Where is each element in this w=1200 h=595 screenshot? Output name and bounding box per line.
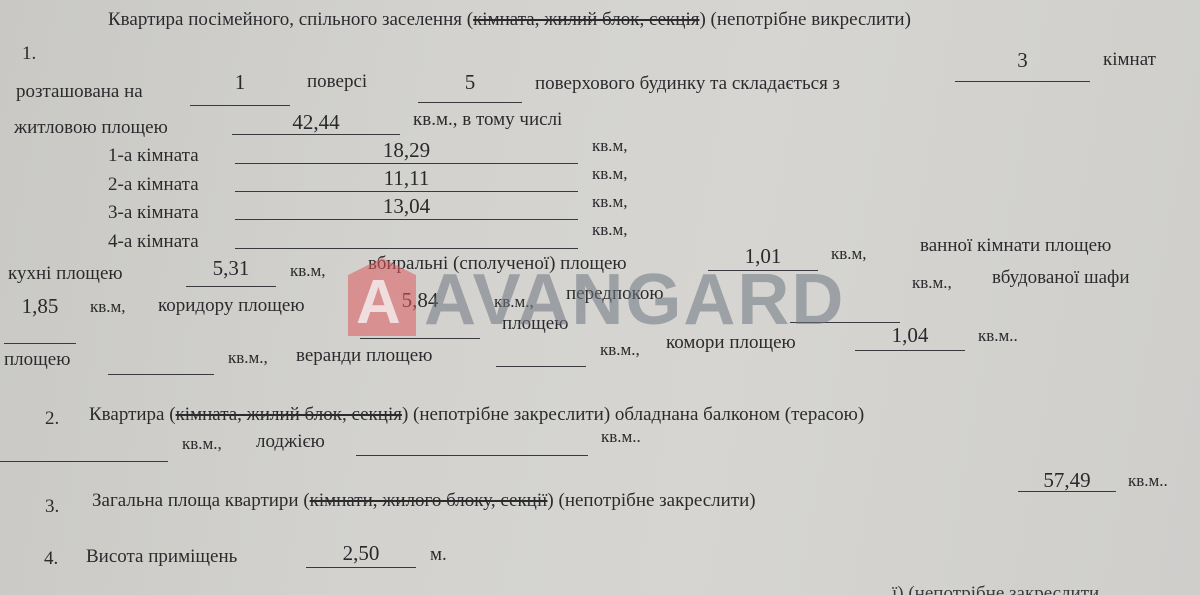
room-4-line xyxy=(235,248,578,249)
room-1-value[interactable]: 18,29 xyxy=(235,140,578,161)
section-2-number: 2. xyxy=(45,409,59,428)
room-2-line xyxy=(235,191,578,192)
room-3-label: 3-а кімната xyxy=(108,203,199,222)
veranda-area-line xyxy=(496,366,586,367)
section-1-title: Квартира посімейного, спільного заселенн… xyxy=(108,10,911,29)
bathroom-area-value[interactable]: 1,85 xyxy=(10,296,70,317)
storage-area-value[interactable]: 1,04 xyxy=(855,325,965,346)
located-on-label: розташована на xyxy=(16,82,143,101)
section-4-number: 4. xyxy=(44,549,58,568)
section-3-instruction: ) (непотрібне закреслити) xyxy=(547,490,755,511)
veranda-label: веранди площею xyxy=(296,346,432,365)
living-area-value[interactable]: 42,44 xyxy=(232,112,400,133)
wardrobe-area-label: площею xyxy=(4,350,70,369)
height-label: Висота приміщень xyxy=(86,547,237,566)
room-2-value[interactable]: 11,11 xyxy=(235,168,578,189)
section-2-struck-options: кімната, жилий блок, секція xyxy=(176,404,402,425)
toilet-label: вбиральні (сполученої) площею xyxy=(368,254,627,273)
section-1-struck-options: кімната, жилий блок, секція xyxy=(473,9,699,30)
floor-field-line xyxy=(190,105,290,106)
section-2-instruction: ) (непотрібне закреслити) обладнана балк… xyxy=(402,404,864,425)
balcony-area-line xyxy=(0,461,168,462)
section-1-instruction: ) (непотрібне викреслити) xyxy=(699,9,910,30)
rooms-field-line xyxy=(955,81,1090,82)
building-label: поверхового будинку та складається з xyxy=(535,74,840,93)
rooms-label: кімнат xyxy=(1103,50,1156,69)
veranda-unit: кв.м., xyxy=(600,341,640,358)
section-2-title-text: Квартира ( xyxy=(89,404,176,425)
loggia-area-line xyxy=(356,455,588,456)
storeys-field-line xyxy=(418,102,522,103)
section-3-struck-options: кімнати, жилого блоку, секції xyxy=(310,490,548,511)
kitchen-unit: кв.м, xyxy=(290,262,326,279)
room-2-label: 2-а кімната xyxy=(108,175,199,194)
floor-label: поверсі xyxy=(307,72,367,91)
section-3-title: Загальна площа квартири (кімнати, жилого… xyxy=(92,491,756,510)
kitchen-area-value[interactable]: 5,31 xyxy=(186,258,276,279)
corridor-unit: кв.м., xyxy=(494,293,534,310)
height-value[interactable]: 2,50 xyxy=(306,543,416,564)
hall-unit: кв.м., xyxy=(912,274,952,291)
hall-area-label: площею xyxy=(502,314,568,333)
section-1-number: 1. xyxy=(22,44,36,63)
height-line xyxy=(306,567,416,568)
room-1-unit: кв.м, xyxy=(592,137,628,154)
storage-area-line xyxy=(855,350,965,351)
total-area-unit: кв.м.. xyxy=(1128,472,1168,489)
section-1-title-text: Квартира посімейного, спільного заселенн… xyxy=(108,9,473,30)
bathroom-unit: кв.м, xyxy=(90,298,126,315)
living-area-label: житловою площею xyxy=(14,118,168,137)
section-2-title: Квартира (кімната, жилий блок, секція) (… xyxy=(89,405,864,424)
toilet-unit: кв.м, xyxy=(831,245,867,262)
storeys-value[interactable]: 5 xyxy=(418,72,522,93)
loggia-unit: кв.м.. xyxy=(601,428,641,445)
room-1-label: 1-а кімната xyxy=(108,146,199,165)
balcony-unit: кв.м., xyxy=(182,435,222,452)
corridor-hall-line xyxy=(360,338,480,339)
hall-area-line xyxy=(790,322,900,323)
including-label: кв.м., в тому числі xyxy=(413,110,562,129)
wardrobe-label: вбудованої шафи xyxy=(992,268,1130,287)
total-area-value[interactable]: 57,49 xyxy=(1018,470,1116,491)
room-3-value[interactable]: 13,04 xyxy=(235,196,578,217)
total-area-line xyxy=(1018,491,1116,492)
wardrobe-field-line xyxy=(108,374,214,375)
section-3-number: 3. xyxy=(45,497,59,516)
section-3-title-text: Загальна площа квартири ( xyxy=(92,490,310,511)
loggia-label: лоджією xyxy=(256,432,325,451)
rooms-value[interactable]: 3 xyxy=(955,50,1090,71)
room-4-unit: кв.м, xyxy=(592,221,628,238)
kitchen-area-line xyxy=(186,286,276,287)
room-1-line xyxy=(235,163,578,164)
room-2-unit: кв.м, xyxy=(592,165,628,182)
partial-bottom-text: ї) (непотрібне закреслити xyxy=(892,584,1099,595)
hall-label: передпокою xyxy=(566,284,664,303)
room-3-line xyxy=(235,219,578,220)
corridor-area-value[interactable]: 5,84 xyxy=(380,290,460,311)
height-unit: м. xyxy=(430,545,447,564)
wardrobe-area-line xyxy=(4,343,76,344)
room-4-label: 4-а кімната xyxy=(108,232,199,251)
living-area-line xyxy=(232,134,400,135)
corridor-label: коридору площею xyxy=(158,296,305,315)
bathroom-label: ванної кімнати площею xyxy=(920,236,1111,255)
wardrobe-unit: кв.м., xyxy=(228,349,268,366)
kitchen-label: кухні площею xyxy=(8,264,123,283)
room-3-unit: кв.м, xyxy=(592,193,628,210)
storage-label: комори площею xyxy=(666,333,796,352)
toilet-area-value[interactable]: 1,01 xyxy=(708,246,818,267)
storage-unit: кв.м.. xyxy=(978,327,1018,344)
floor-value[interactable]: 1 xyxy=(190,72,290,93)
toilet-area-line xyxy=(708,270,818,271)
